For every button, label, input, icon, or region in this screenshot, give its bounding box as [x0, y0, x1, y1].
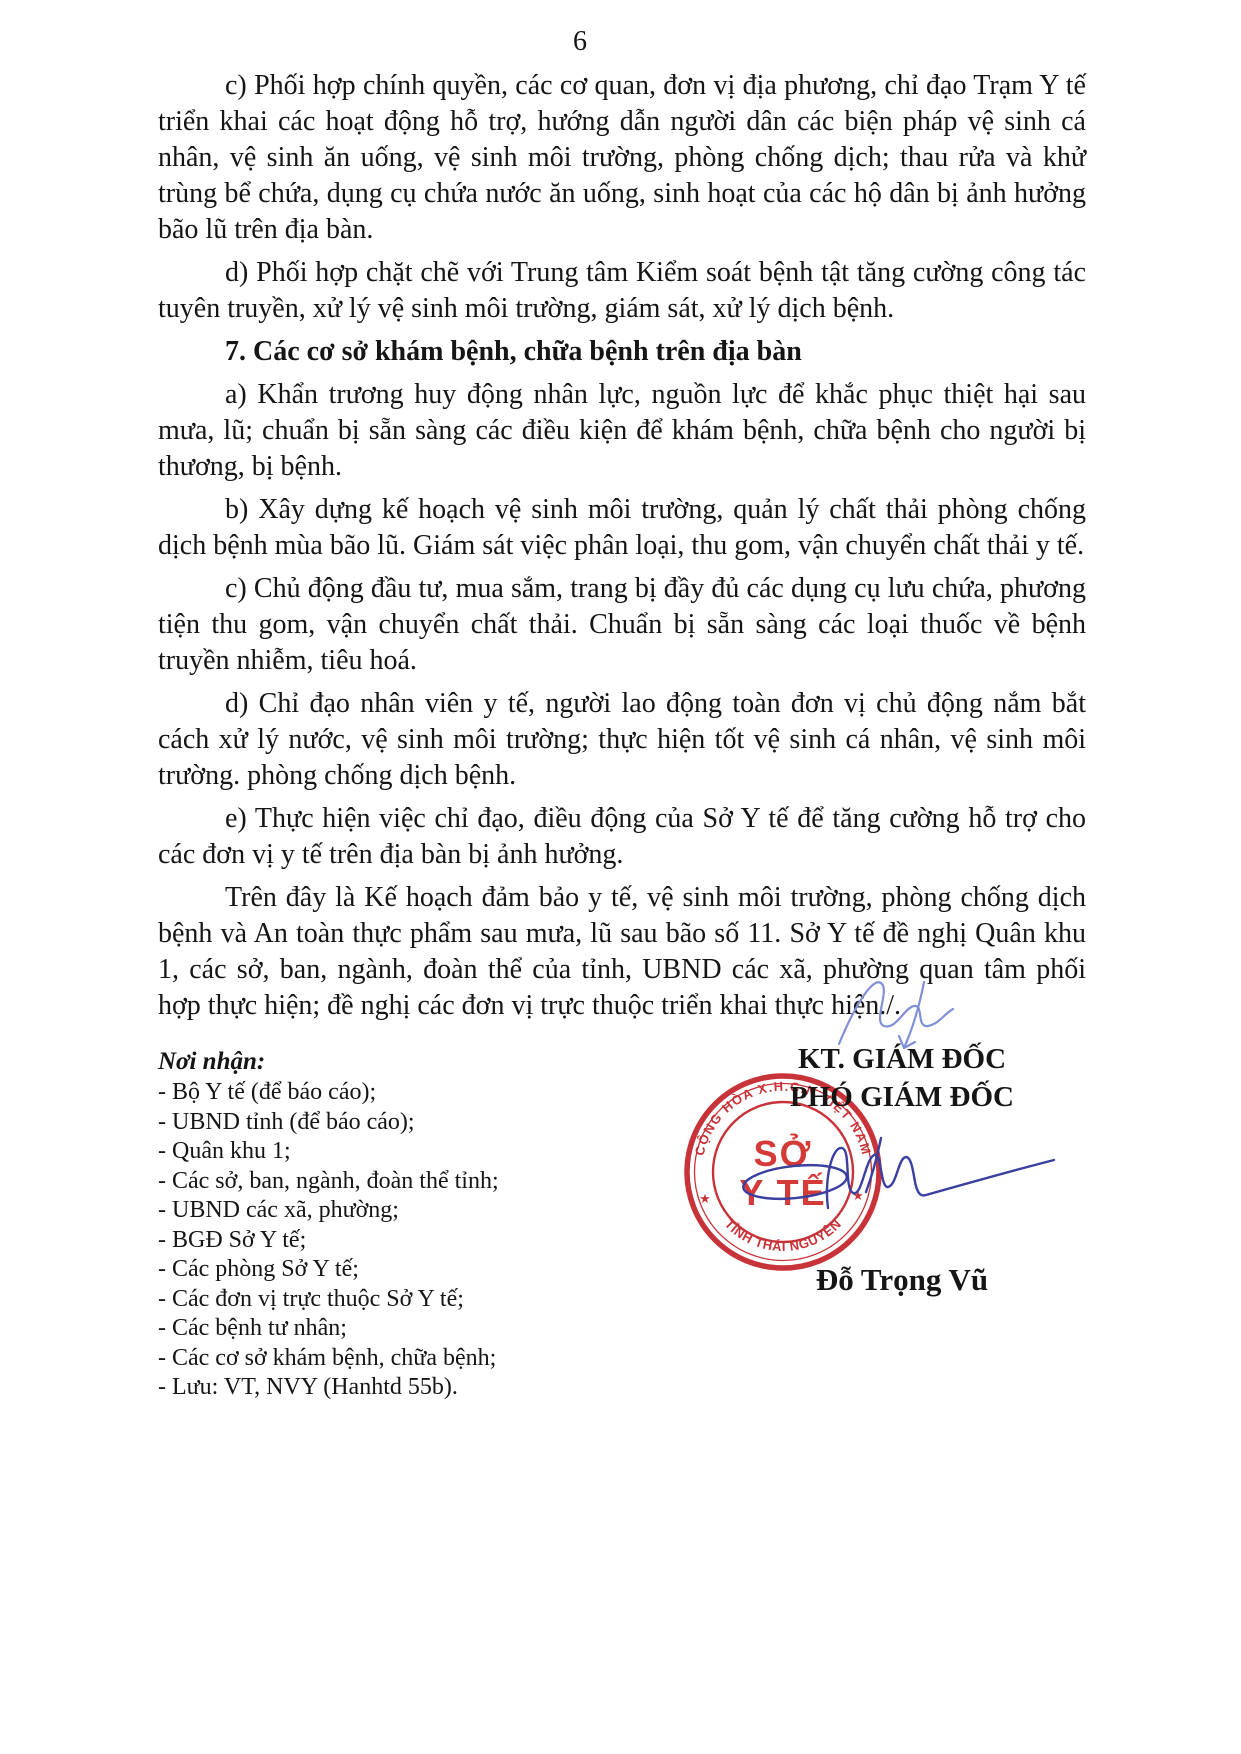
recipient-item: - Các phòng Sở Y tế; — [158, 1255, 628, 1285]
recipient-item: - UBND tỉnh (để báo cáo); — [158, 1108, 628, 1138]
document-page: 6 c) Phối hợp chính quyền, các cơ quan, … — [0, 0, 1241, 1754]
paragraph: d) Chỉ đạo nhân viên y tế, người lao độn… — [158, 686, 1086, 794]
paragraph: c) Chủ động đầu tư, mua sắm, trang bị đầ… — [158, 571, 1086, 679]
paragraph: a) Khẩn trương huy động nhân lực, nguồn … — [158, 377, 1086, 485]
recipients-block: Nơi nhận: - Bộ Y tế (để báo cáo); - UBND… — [158, 1046, 628, 1403]
paragraph: c) Phối hợp chính quyền, các cơ quan, đơ… — [158, 68, 1086, 248]
recipient-item: - BGĐ Sở Y tế; — [158, 1226, 628, 1256]
recipient-item: - Lưu: VT, NVY (Hanhtd 55b). — [158, 1373, 628, 1403]
section-heading: 7. Các cơ sở khám bệnh, chữa bệnh trên đ… — [158, 334, 1086, 370]
recipient-item: - Các đơn vị trực thuộc Sở Y tế; — [158, 1285, 628, 1315]
signature-stroke — [670, 1100, 1070, 1230]
recipient-item: - Các cơ sở khám bệnh, chữa bệnh; — [158, 1344, 628, 1374]
paragraph: b) Xây dựng kế hoạch vệ sinh môi trường,… — [158, 492, 1086, 564]
flourish-loops — [839, 982, 953, 1044]
document-body: c) Phối hợp chính quyền, các cơ quan, đơ… — [158, 68, 1086, 1024]
page-number: 6 — [116, 24, 1044, 60]
recipients-title: Nơi nhận: — [158, 1046, 628, 1078]
recipient-item: - Các sở, ban, ngành, đoàn thể tỉnh; — [158, 1167, 628, 1197]
document-content: 6 c) Phối hợp chính quyền, các cơ quan, … — [158, 24, 1086, 1031]
signature-ellipse — [742, 1161, 849, 1204]
signature-flourish — [825, 968, 975, 1058]
paragraph: e) Thực hiện việc chỉ đạo, điều động của… — [158, 801, 1086, 873]
signer-name: Đỗ Trọng Vũ — [672, 1262, 1132, 1298]
recipient-item: - Bộ Y tế (để báo cáo); — [158, 1078, 628, 1108]
recipient-item: - UBND các xã, phường; — [158, 1196, 628, 1226]
paragraph: d) Phối hợp chặt chẽ với Trung tâm Kiểm … — [158, 255, 1086, 327]
signature-loops — [827, 1148, 1054, 1208]
recipient-item: - Quân khu 1; — [158, 1137, 628, 1167]
recipient-item: - Các bệnh tư nhân; — [158, 1314, 628, 1344]
